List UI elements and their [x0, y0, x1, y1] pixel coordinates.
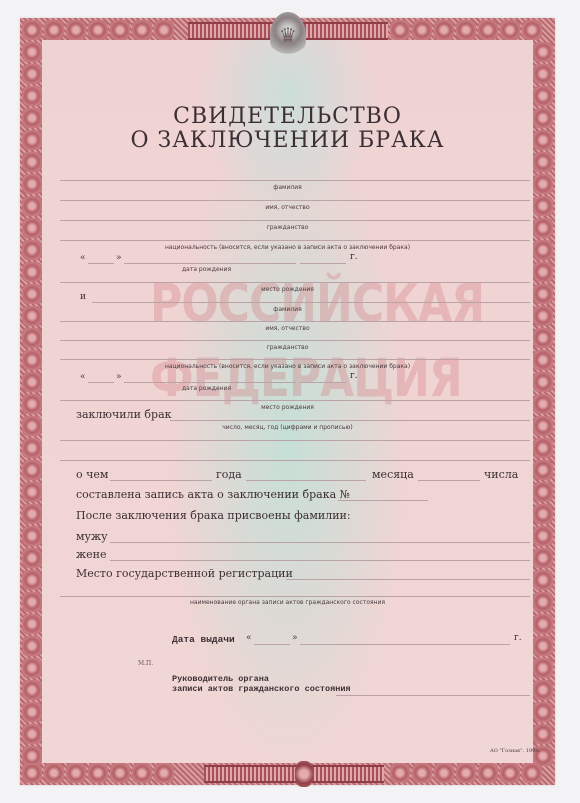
top-right-rosettes	[390, 20, 542, 40]
husband-label: мужу	[76, 530, 108, 543]
surnames-heading: После заключения брака присвоены фамилии…	[76, 509, 351, 522]
marriage-date-line-3[interactable]	[60, 460, 530, 461]
issue-day-line[interactable]	[254, 644, 290, 645]
top-left-rosettes	[22, 20, 174, 40]
conjunction-and: и	[80, 292, 86, 302]
issue-date-close-quote: »	[292, 633, 298, 643]
birth-date-close-quote-2: »	[116, 372, 122, 382]
bottom-medallion	[295, 761, 313, 787]
citizenship-line-2[interactable]	[60, 340, 530, 341]
head-label-line-2: записи актов гражданского состояния	[172, 684, 351, 694]
citizenship-line-1[interactable]	[60, 220, 530, 221]
caption-birth-place-1: место рождения	[20, 286, 555, 293]
caption-name-2: имя, отчество	[20, 325, 555, 332]
nationality-line-2[interactable]	[60, 359, 530, 360]
marriage-date-line[interactable]	[170, 420, 530, 421]
caption-nationality-2: национальность (вносится, если указано в…	[20, 363, 555, 370]
registration-place-line[interactable]	[286, 579, 530, 580]
caption-surname-1: фамилия	[20, 184, 555, 191]
surname-line-2[interactable]	[92, 302, 530, 303]
birth-date-open-quote-1: «	[80, 253, 86, 263]
birth-day-line-2[interactable]	[88, 382, 114, 383]
registration-place-label: Место государственной регистрации	[76, 567, 293, 580]
record-number-line[interactable]	[338, 500, 428, 501]
husband-surname-line[interactable]	[110, 542, 530, 543]
name-line-2[interactable]	[60, 321, 530, 322]
head-label-line-1: Руководитель органа	[172, 674, 269, 684]
title-line-1: СВИДЕТЕЛЬСТВО	[20, 104, 555, 129]
month-label: месяца	[372, 468, 414, 481]
birth-date-open-quote-2: «	[80, 372, 86, 382]
registration-place-line-2[interactable]	[60, 596, 530, 597]
record-number-label: составлена запись акта о заключении брак…	[76, 488, 350, 501]
wife-surname-line[interactable]	[110, 560, 530, 561]
birth-place-line-2[interactable]	[60, 400, 530, 401]
caption-registration-office: наименование органа записи актов граждан…	[20, 599, 555, 606]
wife-label: жене	[76, 548, 106, 561]
caption-marriage-date: число, месяц, год (цифрами и прописью)	[20, 424, 555, 431]
caption-nationality-1: национальность (вносится, если указано в…	[20, 244, 555, 251]
birth-year-suffix-1: г.	[350, 252, 358, 262]
record-month-line[interactable]	[246, 480, 366, 481]
title-line-2: О ЗАКЛЮЧЕНИИ БРАКА	[20, 128, 555, 153]
caption-birth-date-2: дата рождения	[182, 385, 231, 392]
coat-of-arms-eagle-icon: ♛	[270, 12, 306, 58]
birth-year-suffix-2: г.	[350, 371, 358, 381]
caption-citizenship-2: гражданство	[20, 344, 555, 351]
certificate-paper: ♛ РОССИЙСКАЯ ФЕДЕРАЦИЯ СВИДЕТЕЛЬСТВО О З…	[20, 18, 555, 785]
marriage-date-line-2[interactable]	[60, 440, 530, 441]
bottom-right-rosettes	[390, 763, 542, 783]
stamp-label: М.П.	[138, 660, 153, 667]
record-year-line[interactable]	[110, 480, 212, 481]
about-label: о чем	[76, 468, 108, 481]
birth-year-line-1[interactable]	[300, 263, 346, 264]
birth-month-line-2[interactable]	[124, 382, 296, 383]
birth-date-close-quote-1: »	[116, 253, 122, 263]
birth-day-line-1[interactable]	[88, 263, 114, 264]
record-day-line[interactable]	[418, 480, 480, 481]
issue-date-open-quote: «	[246, 633, 252, 643]
caption-name-1: имя, отчество	[20, 204, 555, 211]
bottom-left-rosettes	[22, 763, 174, 783]
issue-year-suffix: г.	[514, 633, 522, 643]
name-line-1[interactable]	[60, 200, 530, 201]
surname-line-1[interactable]	[60, 180, 530, 181]
married-label: заключили брак	[76, 408, 172, 421]
caption-surname-2: фамилия	[20, 306, 555, 313]
issue-date-label: Дата выдачи	[172, 634, 235, 645]
issue-month-year-line[interactable]	[300, 644, 510, 645]
day-label: числа	[484, 468, 518, 481]
birth-month-line-1[interactable]	[124, 263, 296, 264]
print-mark: АО "Гознак". 1998.	[490, 748, 540, 754]
birth-place-line-1[interactable]	[60, 282, 530, 283]
signature-line[interactable]	[336, 695, 530, 696]
caption-birth-date-1: дата рождения	[182, 266, 231, 273]
bottom-ornament-band	[204, 765, 384, 783]
caption-citizenship-1: гражданство	[20, 224, 555, 231]
nationality-line-1[interactable]	[60, 240, 530, 241]
birth-year-line-2[interactable]	[300, 382, 346, 383]
year-label: года	[216, 468, 242, 481]
